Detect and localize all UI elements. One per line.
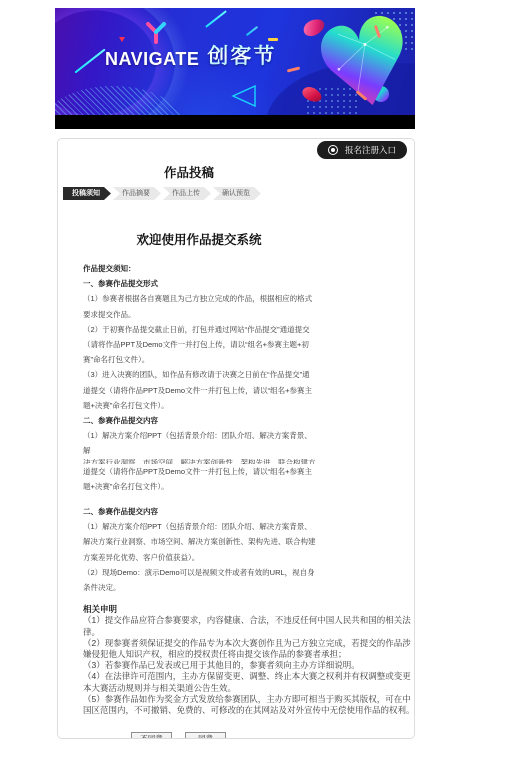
welcome-heading: 欢迎使用作品提交系统 [58, 230, 340, 248]
banner-event-name: 创客节 [207, 40, 276, 70]
notice-body: 作品提交须知： 一、参赛作品提交形式 （1）参赛者根据各自赛题且为己方独立完成的… [83, 261, 316, 595]
tab-work-upload[interactable]: 作品上传 [163, 187, 211, 200]
statement-item: （4）在法律许可范围内，主办方保留变更、调整、终止本大赛之权利并有权调整或变更本… [83, 671, 415, 693]
disagree-button[interactable]: 不同意 [131, 732, 172, 739]
statement-item: （5）参赛作品如作为奖金方式发放给参赛团队，主办方即可相当于购买其版权，可在中国… [83, 694, 415, 716]
circle-dot-icon [328, 145, 338, 155]
statement-item: （2）现参赛者须保证提交的作品专为本次大赛创作且为己方独立完成，若提交的作品涉嫌… [83, 638, 415, 660]
submission-card: 报名注册入口 作品投稿 投稿须知 作品摘要 作品上传 确认预览 欢迎使用作品提交… [57, 138, 415, 739]
section1-item: （1）参赛者根据各自赛题且为己方独立完成的作品，根据相应的格式要求提交作品。 [83, 291, 316, 321]
notice-heading: 作品提交须知： [83, 261, 316, 276]
statements-block: 相关申明 （1）提交作品应符合参赛要求，内容健康、合法，不违反任何中国人民共和国… [83, 604, 415, 716]
page-title: 作品投稿 [58, 163, 320, 181]
register-entry-label: 报名注册入口 [345, 144, 396, 156]
banner-heart-blob [305, 8, 415, 115]
navigate-a-accent [119, 37, 125, 42]
section2-item: （2）现场Demo：演示Demo可以是视频文件或者有效的URL，视自身条件决定。 [83, 565, 316, 595]
tab-work-summary[interactable]: 作品摘要 [113, 187, 161, 200]
section1-item: （2）于初赛作品提交截止日前，打包并通过网站“作品提交”通道提交（请将作品PPT… [83, 322, 316, 368]
circle-dot-inner [331, 148, 335, 152]
event-name-accent [268, 38, 278, 41]
agree-button[interactable]: 同意 [185, 732, 226, 739]
section1-heading: 一、参赛作品提交形式 [83, 276, 316, 291]
statement-item: （3）若参赛作品已发表或已用于其他目的，参赛者须向主办方详细说明。 [83, 660, 415, 671]
glitched-overlap-text: 道提交（请将作品PPT及Demo文件一并打包上传，请以“组名+参赛主题+决赛”命… [83, 464, 316, 494]
section2-heading-first: 二、参赛作品提交内容 [83, 413, 316, 428]
consent-actions: 不同意 同意 [131, 732, 414, 739]
tab-confirm-preview[interactable]: 确认预览 [213, 187, 261, 200]
event-banner: NAVIGATE 创客节 [55, 8, 415, 115]
banner-text: NAVIGATE 创客节 [105, 40, 276, 70]
page: NAVIGATE 创客节 报名注册入口 作品投稿 投稿须知 作品摘要 作品上传 … [0, 0, 507, 775]
banner-brand-title: NAVIGATE [105, 49, 199, 70]
glitched-clipped-line: 决方案行业洞察、市场空间、解决方案创新性、架构先进、联合构建方案差 [83, 459, 316, 464]
section2-item-truncated: （1）解决方案介绍PPT（包括背景介绍：团队介绍、解决方案背景、解 [83, 428, 316, 458]
section1-item: （3）进入决赛的团队，如作品有修改请于决赛之日前在“作品提交”通道提交（请将作品… [83, 367, 316, 413]
register-entry-button[interactable]: 报名注册入口 [317, 141, 407, 159]
statement-item: （1）提交作品应符合参赛要求，内容健康、合法，不违反任何中国人民共和国的相关法律… [83, 615, 415, 637]
step-tabs: 投稿须知 作品摘要 作品上传 确认预览 [63, 187, 414, 200]
banner-line-decoration [205, 10, 227, 28]
section2-heading: 二、参赛作品提交内容 [83, 504, 316, 519]
banner-bottom-bar [55, 115, 415, 129]
section2-item: （1）解决方案介绍PPT（包括背景介绍：团队介绍、解决方案背景、解决方案行业洞察… [83, 519, 316, 565]
banner-triangle-outline [231, 84, 257, 108]
tab-submission-notice[interactable]: 投稿须知 [63, 187, 111, 200]
statements-heading: 相关申明 [83, 604, 415, 615]
banner-line-decoration [246, 26, 258, 36]
